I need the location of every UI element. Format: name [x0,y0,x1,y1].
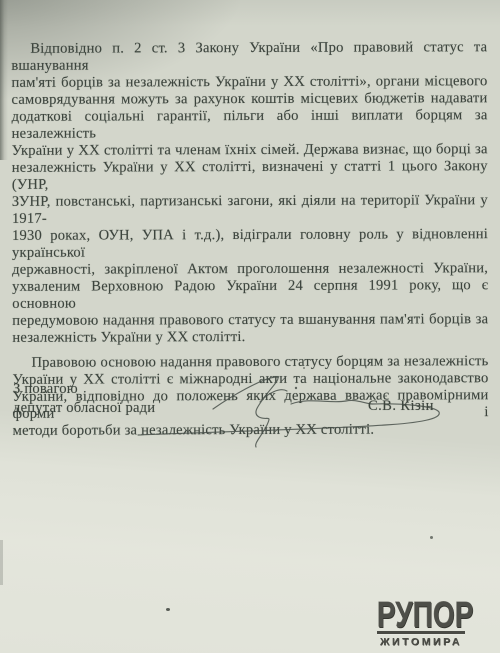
scan-speck [430,536,433,539]
rupor-zhytomyra-watermark: РУПОР ЖИТОМИРА [377,600,465,648]
watermark-subtitle: ЖИТОМИРА [377,636,465,648]
paper-left-edge-shadow-lower [0,540,3,585]
text-line: додаткові соціальні гарантії, пільги або… [12,107,488,143]
text-line: незалежність України у ХХ столітті. [12,328,488,347]
text-line: державності, закріпленої Актом проголоше… [12,260,488,279]
text-line: Правовою основою надання правового стату… [12,353,488,372]
scan-speck [166,608,170,611]
text-line: ухваленим Верховною Радою України 24 сер… [12,277,488,313]
watermark-title: РУПОР [377,600,446,630]
text-line: ЗУНР, повстанські, партизанські загони, … [12,192,488,228]
text-line: України у ХХ столітті та членам їхніх сі… [12,141,488,160]
paper-top-shade [0,0,500,26]
text-line: незалежність України у ХХ столітті, визн… [12,158,488,194]
paragraph-legal-basis: Відповідно п. 2 ст. 3 Закону України «Пр… [11,39,488,347]
text-line: 1930 роках, ОУН, УПА і т.д.), відіграли … [12,226,488,262]
text-line: передумовою надання правового статусу та… [12,311,488,330]
closing-block: З повагою депутат обласної ради [13,380,155,418]
paper-left-edge-shadow [0,0,8,160]
closing-position: депутат обласної ради [13,399,155,418]
text-line: методи боротьби за незалежність України … [13,421,489,440]
text-line: самоврядування можуть за рахунок коштів … [11,90,487,109]
scanned-letter-photo: Відповідно п. 2 ст. 3 Закону України «Пр… [0,0,500,653]
text-line: пам'яті борців за незалежність України у… [11,73,487,92]
text-line: Відповідно п. 2 ст. 3 Закону України «Пр… [11,39,487,75]
closing-salutation: З повагою [13,380,155,399]
signer-name: С.В. Кізін [368,398,434,415]
